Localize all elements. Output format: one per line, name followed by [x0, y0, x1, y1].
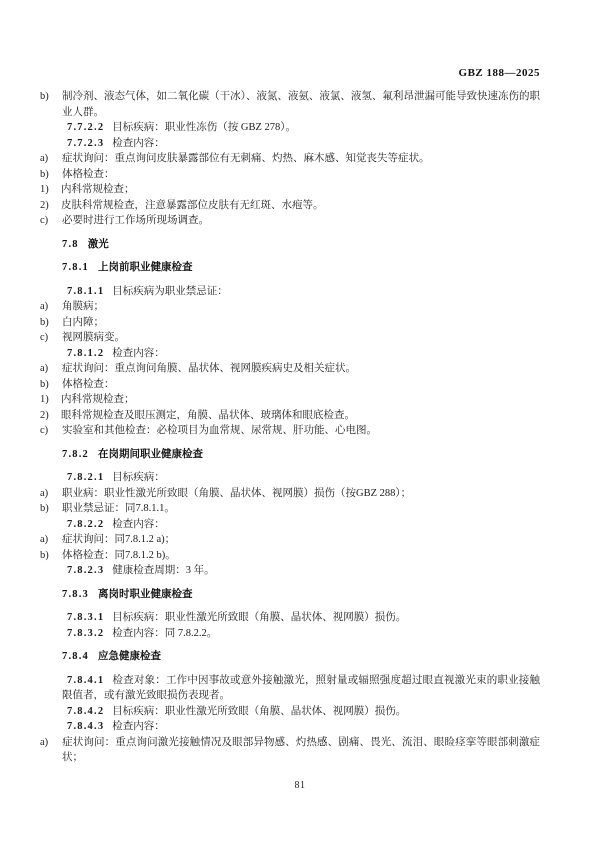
list-item-label: c): [40, 213, 62, 229]
list-item: a)症状询问：重点询问皮肤暴露部位有无刺痛、灼热、麻木感、知觉丧失等症状。: [62, 151, 540, 167]
list-item: b)白内障；: [62, 315, 540, 331]
list-item: b)制冷剂、液态气体，如二氧化碳（干冰）、液氮、液氨、液氯、液氢、氟利昂泄漏可能…: [62, 89, 540, 120]
clause-text: 检查内容：: [112, 348, 165, 359]
clause-text: 检查内容：: [112, 138, 165, 149]
clause-number: 7.7.2.3: [67, 138, 104, 149]
list-item-text: 职业病：职业性激光所致眼（角膜、晶状体、视网膜）损伤（按GBZ 288）；: [62, 488, 411, 499]
clause-text: 目标疾病为职业禁忌证：: [112, 286, 228, 297]
sub-list-item-label: 1): [40, 182, 61, 198]
list-item: c)实验室和其他检查：必检项目为血常规、尿常规、肝功能、心电图。: [62, 423, 540, 439]
clause-number: 7.8.2.1: [67, 472, 104, 483]
list-item-label: a): [40, 532, 62, 548]
sub-list-item: 1)内科常规检查；: [62, 182, 540, 198]
list-item-text: 体格检查：: [62, 379, 115, 390]
clause-7-8-2-3: 7.8.2.3健康检查周期：3 年。: [62, 563, 540, 579]
clause-text: 健康检查周期：3 年。: [112, 565, 214, 576]
list-item-text: 必要时进行工作场所现场调查。: [62, 215, 209, 226]
clause-number: 7.8.2.3: [67, 565, 104, 576]
page-number: 81: [0, 780, 600, 791]
clause-text: 检查内容：: [112, 721, 165, 732]
list-item-label: c): [40, 330, 62, 346]
list-item: a)症状询问：重点询问角膜、晶状体、视网膜疾病史及相关症状。: [62, 361, 540, 377]
sub-list-item-text: 皮肤科常规检查，注意暴露部位皮肤有无红斑、水疱等。: [61, 200, 324, 211]
clause-text: 目标疾病：职业性激光所致眼（角膜、晶状体、视网膜）损伤。: [112, 612, 406, 623]
section-number: 7.8.2: [62, 449, 89, 460]
clause-text: 目标疾病：: [112, 472, 165, 483]
section-title: 离岗时职业健康检查: [98, 589, 193, 600]
list-item-label: a): [40, 361, 62, 377]
section-title: 激光: [88, 239, 109, 250]
document-page: GBZ 188—2025 b)制冷剂、液态气体，如二氧化碳（干冰）、液氮、液氨、…: [0, 0, 600, 848]
list-item: a)职业病：职业性激光所致眼（角膜、晶状体、视网膜）损伤（按GBZ 288）；: [62, 486, 540, 502]
section-heading-7-8-4: 7.8.4应急健康检查: [62, 649, 540, 665]
list-item: a)角膜病；: [62, 299, 540, 315]
list-item: b)职业禁忌证：同7.8.1.1。: [62, 501, 540, 517]
section-number: 7.8.3: [62, 589, 89, 600]
list-item-text: 实验室和其他检查：必检项目为血常规、尿常规、肝功能、心电图。: [62, 425, 377, 436]
list-item-label: b): [40, 501, 62, 517]
list-item-text: 职业禁忌证：同7.8.1.1。: [62, 503, 175, 514]
list-item-label: b): [40, 167, 62, 183]
clause-number: 7.7.2.2: [67, 122, 104, 133]
list-item: b)体格检查：: [62, 167, 540, 183]
list-item: b)体格检查：同7.8.1.2 b)。: [62, 548, 540, 564]
clause-number: 7.8.1.2: [67, 348, 104, 359]
list-item-label: b): [40, 377, 62, 393]
section-number: 7.8.4: [62, 651, 89, 662]
clause-7-8-4-2: 7.8.4.2目标疾病：职业性激光所致眼（角膜、晶状体、视网膜）损伤。: [62, 704, 540, 720]
list-item: a)症状询问：同7.8.1.2 a)；: [62, 532, 540, 548]
clause-number: 7.8.4.1: [67, 675, 104, 686]
section-heading-7-8: 7.8激光: [62, 237, 540, 253]
list-item: b)体格检查：: [62, 377, 540, 393]
sub-list-item-text: 眼科常规检查及眼压测定，角膜、晶状体、玻璃体和眼底检查。: [61, 410, 355, 421]
list-item-label: b): [40, 89, 62, 105]
clause-text: 目标疾病：职业性冻伤（按 GBZ 278）。: [112, 122, 296, 133]
list-item-text: 角膜病；: [62, 301, 104, 312]
section-heading-7-8-1: 7.8.1上岗前职业健康检查: [62, 260, 540, 276]
clause-number: 7.8.3.2: [67, 628, 104, 639]
sub-list-item: 1)内科常规检查；: [62, 392, 540, 408]
list-item-text: 白内障；: [62, 317, 104, 328]
clause-number: 7.8.3.1: [67, 612, 104, 623]
sub-list-item-label: 2): [40, 408, 61, 424]
section-title: 在岗期间职业健康检查: [98, 449, 203, 460]
document-body: b)制冷剂、液态气体，如二氧化碳（干冰）、液氮、液氨、液氯、液氢、氟利昂泄漏可能…: [62, 89, 540, 766]
list-item: a)症状询问：重点询问激光接触情况及眼部异物感、灼热感、剧痛、畏光、流泪、眼睑痉…: [62, 735, 540, 766]
list-item-text: 症状询问：同7.8.1.2 a)；: [62, 534, 175, 545]
section-title: 上岗前职业健康检查: [98, 262, 193, 273]
clause-number: 7.8.1.1: [67, 286, 104, 297]
sub-list-item: 2)眼科常规检查及眼压测定，角膜、晶状体、玻璃体和眼底检查。: [62, 408, 540, 424]
clause-7-8-4-1: 7.8.4.1检查对象：工作中因事故或意外接触激光，照射量或辐照强度超过眼直视激…: [62, 673, 540, 704]
clause-7-8-2-2: 7.8.2.2检查内容：: [62, 517, 540, 533]
clause-number: 7.8.4.2: [67, 706, 104, 717]
section-heading-7-8-3: 7.8.3离岗时职业健康检查: [62, 587, 540, 603]
clause-text: 检查内容：: [112, 519, 165, 530]
list-item-label: a): [40, 486, 62, 502]
clause-7-7-2-2: 7.7.2.2目标疾病：职业性冻伤（按 GBZ 278）。: [62, 120, 540, 136]
clause-text: 检查内容：同 7.8.2.2。: [112, 628, 217, 639]
list-item-text: 体格检查：同7.8.1.2 b)。: [62, 550, 176, 561]
sub-list-item-label: 1): [40, 392, 61, 408]
standard-number-header: GBZ 188—2025: [459, 67, 540, 79]
list-item-text: 体格检查：: [62, 169, 115, 180]
clause-text: 目标疾病：职业性激光所致眼（角膜、晶状体、视网膜）损伤。: [112, 706, 406, 717]
clause-7-8-4-3: 7.8.4.3检查内容：: [62, 719, 540, 735]
sub-list-item-text: 内科常规检查；: [61, 394, 135, 405]
clause-number: 7.8.2.2: [67, 519, 104, 530]
section-heading-7-8-2: 7.8.2在岗期间职业健康检查: [62, 447, 540, 463]
list-item-label: a): [40, 151, 62, 167]
list-item-label: c): [40, 423, 62, 439]
list-item-label: a): [40, 735, 62, 751]
clause-text: 检查对象：工作中因事故或意外接触激光，照射量或辐照强度超过眼直视激光束的职业接触…: [62, 675, 540, 702]
sub-list-item-label: 2): [40, 198, 61, 214]
list-item-label: b): [40, 315, 62, 331]
section-number: 7.8.1: [62, 262, 89, 273]
list-item-text: 视网膜病变。: [62, 332, 125, 343]
list-item: c)视网膜病变。: [62, 330, 540, 346]
sub-list-item: 2)皮肤科常规检查，注意暴露部位皮肤有无红斑、水疱等。: [62, 198, 540, 214]
list-item: c)必要时进行工作场所现场调查。: [62, 213, 540, 229]
list-item-label: b): [40, 548, 62, 564]
list-item-label: a): [40, 299, 62, 315]
clause-number: 7.8.4.3: [67, 721, 104, 732]
list-item-text: 制冷剂、液态气体，如二氧化碳（干冰）、液氮、液氨、液氯、液氢、氟利昂泄漏可能导致…: [62, 91, 540, 118]
clause-7-8-2-1: 7.8.2.1目标疾病：: [62, 470, 540, 486]
section-number: 7.8: [62, 239, 79, 250]
list-item-text: 症状询问：重点询问皮肤暴露部位有无刺痛、灼热、麻木感、知觉丧失等症状。: [62, 153, 430, 164]
clause-7-8-1-2: 7.8.1.2检查内容：: [62, 346, 540, 362]
list-item-text: 症状询问：重点询问激光接触情况及眼部异物感、灼热感、剧痛、畏光、流泪、眼睑痉挛等…: [62, 737, 540, 764]
clause-7-8-1-1: 7.8.1.1目标疾病为职业禁忌证：: [62, 284, 540, 300]
section-title: 应急健康检查: [98, 651, 161, 662]
sub-list-item-text: 内科常规检查；: [61, 184, 135, 195]
clause-7-8-3-2: 7.8.3.2检查内容：同 7.8.2.2。: [62, 626, 540, 642]
clause-7-7-2-3: 7.7.2.3检查内容：: [62, 136, 540, 152]
list-item-text: 症状询问：重点询问角膜、晶状体、视网膜疾病史及相关症状。: [62, 363, 356, 374]
clause-7-8-3-1: 7.8.3.1目标疾病：职业性激光所致眼（角膜、晶状体、视网膜）损伤。: [62, 610, 540, 626]
